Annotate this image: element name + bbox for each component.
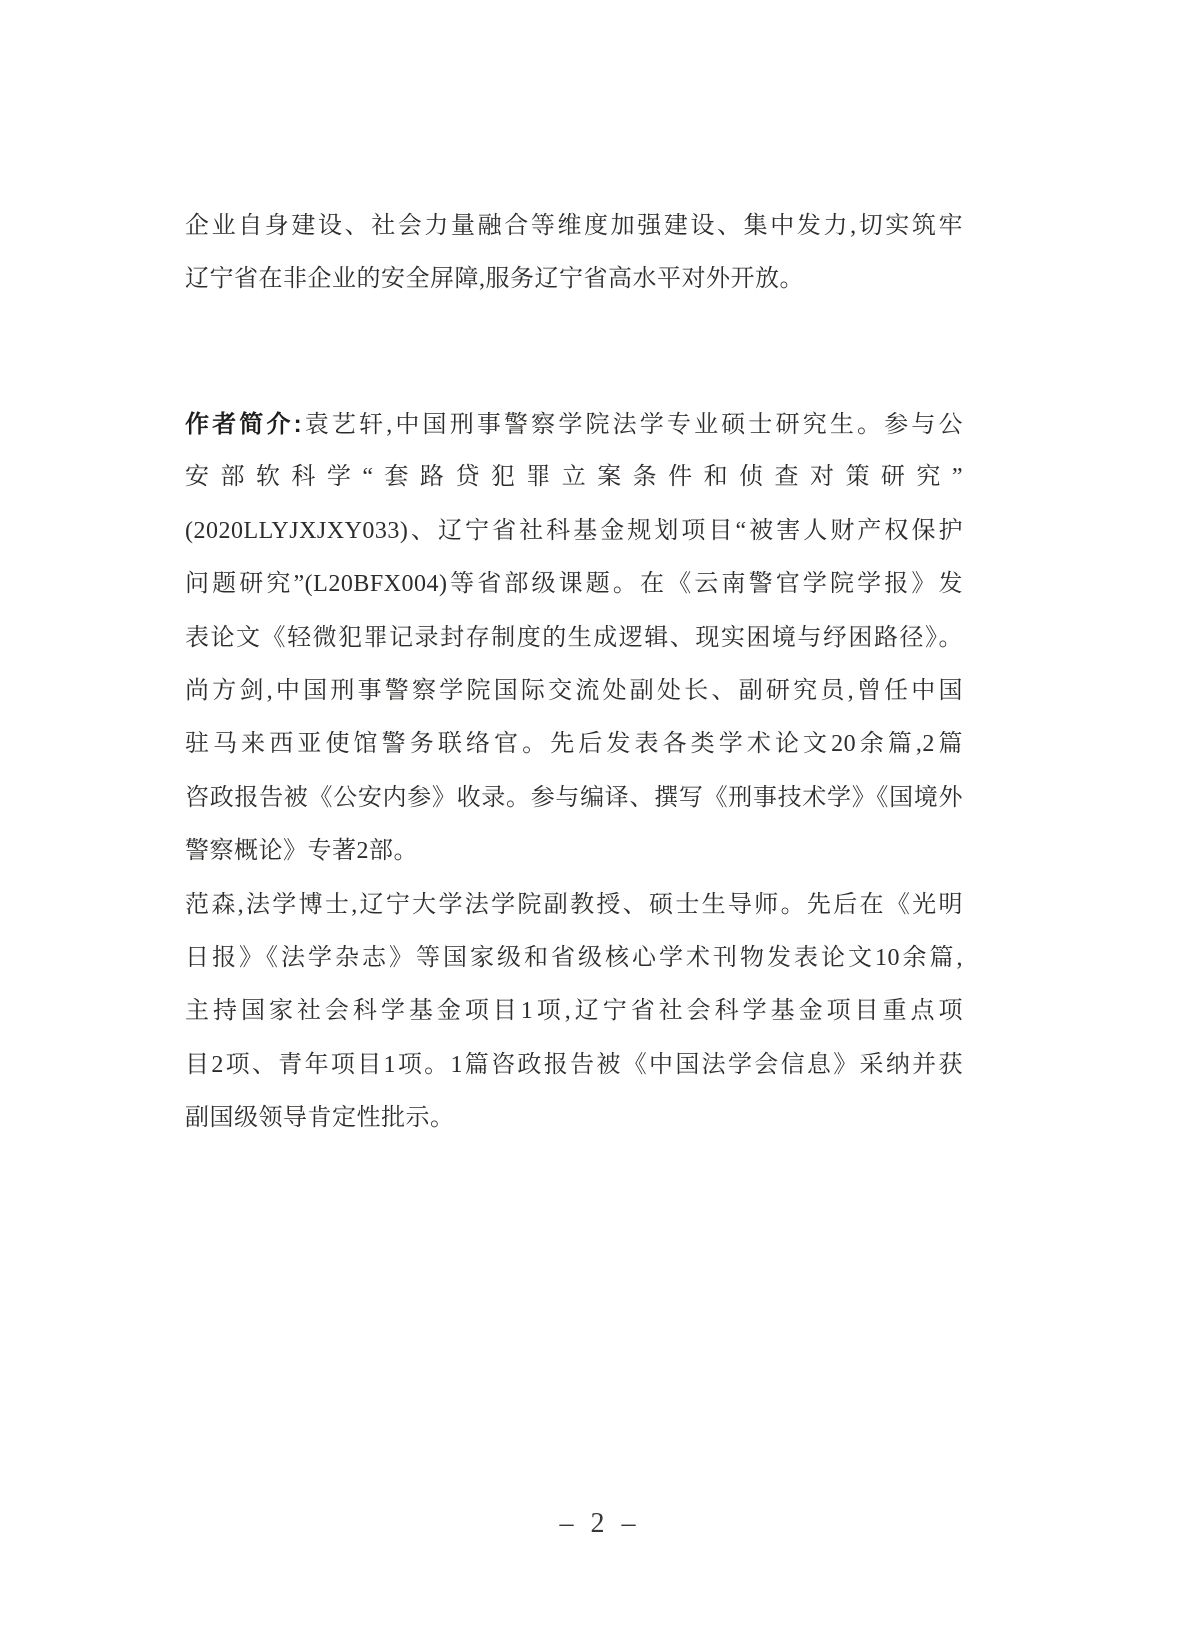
- text-line: 驻马来西亚使馆警务联络官。先后发表各类学术论文20余篇,2篇: [185, 718, 963, 771]
- text-line: 尚方剑,中国刑事警察学院国际交流处副处长、副研究员,曾任中国: [185, 665, 963, 718]
- author-bio-label: 作者简介:: [185, 411, 302, 438]
- text-line: 日报》《法学杂志》等国家级和省级核心学术刊物发表论文10余篇,: [185, 932, 963, 985]
- text-line: 副国级领导肯定性批示。: [185, 1092, 963, 1145]
- text-line: 范森,法学博士,辽宁大学法学院副教授、硕士生导师。先后在《光明: [185, 879, 963, 932]
- author-bio-lead-text: 袁艺轩,中国刑事警察学院法学专业硕士研究生。参与公: [302, 412, 963, 438]
- text-line: (2020LLYJXJXY033)、辽宁省社科基金规划项目“被害人财产权保护: [185, 505, 963, 558]
- author-bio-section: 作者简介:袁艺轩,中国刑事警察学院法学专业硕士研究生。参与公 安部软科学“套路贷…: [185, 398, 963, 1145]
- intro-paragraph: 企业自身建设、社会力量融合等维度加强建设、集中发力,切实筑牢辽宁省在非企业的安全…: [185, 200, 963, 307]
- text-line: 主持国家社会科学基金项目1项,辽宁省社会科学基金项目重点项: [185, 985, 963, 1038]
- text-line: 目2项、青年项目1项。1篇咨政报告被《中国法学会信息》采纳并获: [185, 1039, 963, 1092]
- author-bio-lead-line: 作者简介:袁艺轩,中国刑事警察学院法学专业硕士研究生。参与公: [185, 398, 963, 451]
- author-bio-block-2: 范森,法学博士,辽宁大学法学院副教授、硕士生导师。先后在《光明日报》《法学杂志》…: [185, 879, 963, 1146]
- text-line: 问题研究”(L20BFX004)等省部级课题。在《云南警官学院学报》发: [185, 558, 963, 611]
- text-line: 安部软科学“套路贷犯罪立案条件和侦查对策研究”: [185, 451, 963, 504]
- text-line: 警察概论》专著2部。: [185, 825, 963, 878]
- text-line: 企业自身建设、社会力量融合等维度加强建设、集中发力,切实筑牢: [185, 200, 963, 253]
- page-number: – 2 –: [0, 1508, 1200, 1540]
- text-line: 咨政报告被《公安内参》收录。参与编译、撰写《刑事技术学》《国境外: [185, 772, 963, 825]
- text-line: 辽宁省在非企业的安全屏障,服务辽宁省高水平对外开放。: [185, 253, 963, 306]
- author-bio-block-1: 安部软科学“套路贷犯罪立案条件和侦查对策研究”(2020LLYJXJXY033)…: [185, 451, 963, 878]
- document-page: 企业自身建设、社会力量融合等维度加强建设、集中发力,切实筑牢辽宁省在非企业的安全…: [0, 0, 1200, 1652]
- text-line: 表论文《轻微犯罪记录封存制度的生成逻辑、现实困境与纾困路径》。: [185, 612, 963, 665]
